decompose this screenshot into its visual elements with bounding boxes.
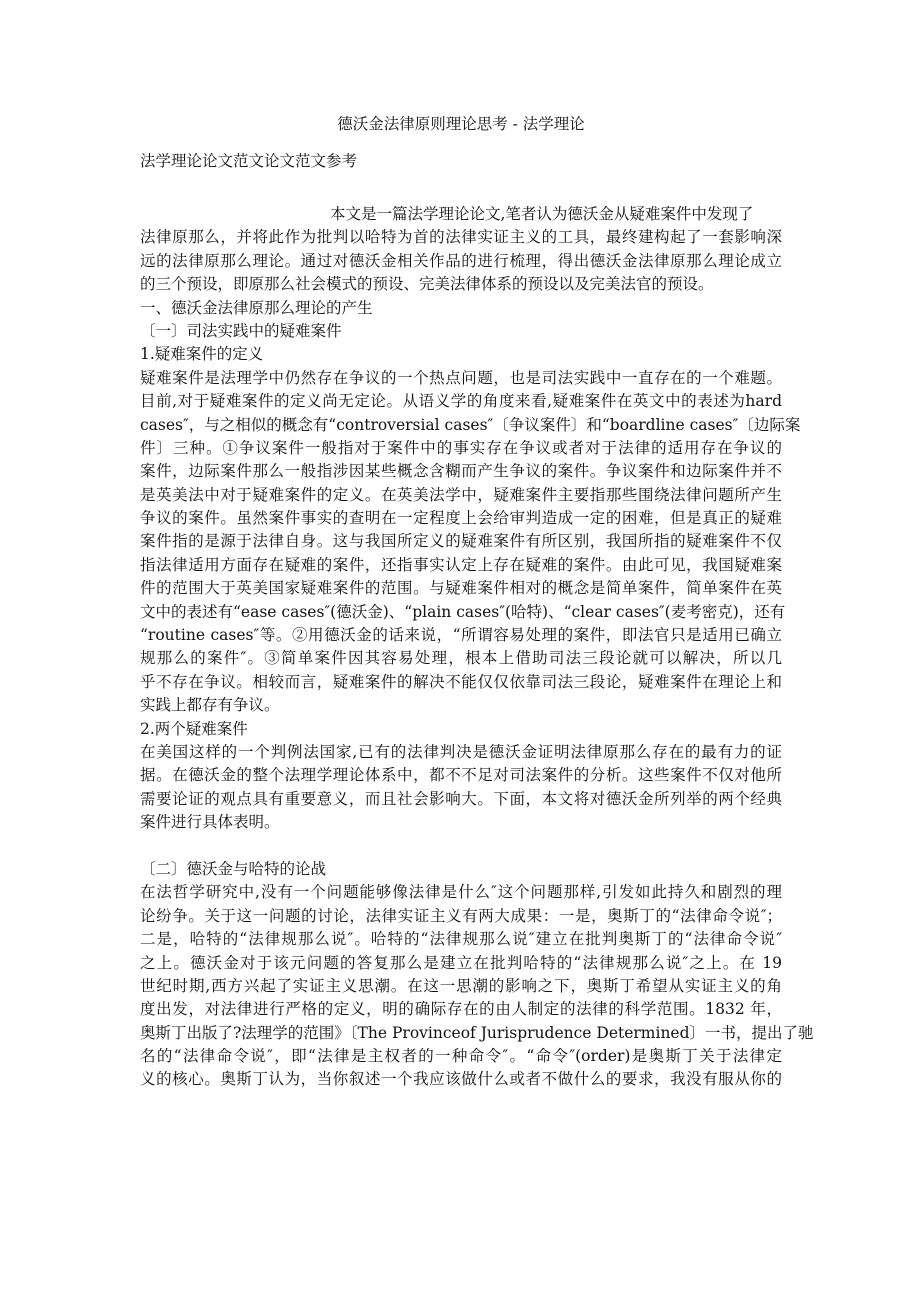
paragraph-line: 案件进行具体表明。	[140, 811, 782, 834]
paragraph-line: 奥斯丁出版了?法理学的范围》〔The Provinceof Jurisprude…	[140, 1022, 782, 1045]
document-body: 本文是一篇法学理论论文,笔者认为德沃金从疑难案件中发现了 法律原那么，并将此作为…	[140, 203, 782, 1092]
paragraph-line: 案件，边际案件那么一般指涉因某些概念含糊而产生争议的案件。争议案件和边际案件并不	[140, 460, 782, 483]
paragraph-line: 件〕三种。①争议案件一般指对于案件中的事实存在争议或者对于法律的适用存在争议的	[140, 437, 782, 460]
paragraph-line: 名的“法律命令说″，即“法律是主权者的一种命令″。“命令″(order)是奥斯丁…	[140, 1045, 782, 1068]
subsubsection-heading: 2.两个疑难案件	[140, 718, 782, 741]
paragraph-line: cases″，与之相似的概念有“controversial cases″〔争议案…	[140, 414, 782, 437]
paragraph-line: 二是，哈特的“法律规那么说″。哈特的“法律规那么说″建立在批判奥斯丁的“法律命令…	[140, 928, 782, 951]
paragraph-line: 在美国这样的一个判例法国家,已有的法律判决是德沃金证明法律原那么存在的最有力的证	[140, 741, 782, 764]
paragraph-line: 指法律适用方面存在疑难的案件，还指事实认定上存在疑难的案件。由此可见，我国疑难案	[140, 554, 782, 577]
paragraph-line: 争议的案件。虽然案件事实的查明在一定程度上会给审判造成一定的困难，但是真正的疑难	[140, 507, 782, 530]
section-heading: 一、德沃金法律原那么理论的产生	[140, 297, 782, 320]
abstract-line: 的三个预设，即原那么社会模式的预设、完美法律体系的预设以及完美法官的预设。	[140, 273, 782, 296]
paragraph-line: 度出发，对法律进行严格的定义，明的确际存在的由人制定的法律的科学范围。1832 …	[140, 998, 782, 1021]
document-subtitle: 法学理论论文范文论文范文参考	[140, 151, 357, 171]
paragraph-line: 乎不存在争议。相较而言，疑难案件的解决不能仅仅依靠司法三段论，疑难案件在理论上和	[140, 671, 782, 694]
paragraph-line: 世纪时期,西方兴起了实证主义思潮。在这一思潮的影响之下，奥斯丁希望从实证主义的角	[140, 975, 782, 998]
paragraph-line: 需要论证的观点具有重要意义，而且社会影响大。下面，本文将对德沃金所列举的两个经典	[140, 788, 782, 811]
paragraph-line: 疑难案件是法理学中仍然存在争议的一个热点问题，也是司法实践中一直存在的一个难题。	[140, 367, 782, 390]
paragraph-line: 之上。德沃金对于该元问题的答复那么是建立在批判哈特的“法律规那么说″之上。在 1…	[140, 952, 782, 975]
subsection-heading: 〔二〕德沃金与哈特的论战	[140, 858, 782, 881]
paragraph-line: 实践上都存有争议。	[140, 694, 782, 717]
paragraph-line: 文中的表述有“ease cases″(德沃金)、“plain cases″(哈特…	[140, 601, 782, 624]
paragraph-line: 在法哲学研究中,没有一个问题能够像法律是什么″这个问题那样,引发如此持久和剧烈的…	[140, 881, 782, 904]
paragraph-line: 件的范围大于英美国家疑难案件的范围。与疑难案件相对的概念是简单案件，简单案件在英	[140, 577, 782, 600]
paragraph-line: 据。在德沃金的整个法理学理论体系中，都不不足对司法案件的分析。这些案件不仅对他所	[140, 764, 782, 787]
paragraph-line: 案件指的是源于法律自身。这与我国所定义的疑难案件有所区别，我国所指的疑难案件不仅	[140, 530, 782, 553]
paragraph-line: 目前,对于疑难案件的定义尚无定论。从语义学的角度来看,疑难案件在英文中的表述为h…	[140, 390, 782, 413]
document-title: 德沃金法律原则理论思考 - 法学理论	[140, 114, 782, 134]
blank-line	[140, 835, 782, 858]
paragraph-line: 规那么的案件″。③简单案件因其容易处理，根本上借助司法三段论就可以解决，所以几	[140, 647, 782, 670]
paragraph-line: 论纷争。关于这一问题的讨论，法律实证主义有两大成果：一是，奥斯丁的“法律命令说″…	[140, 905, 782, 928]
subsection-heading: 〔一〕司法实践中的疑难案件	[140, 320, 782, 343]
paragraph-line: 是英美法中对于疑难案件的定义。在英美法学中，疑难案件主要指那些围绕法律问题所产生	[140, 484, 782, 507]
paragraph-line: “routine cases″等。②用德沃金的话来说，“所谓容易处理的案件，即法…	[140, 624, 782, 647]
paragraph-line: 义的核心。奥斯丁认为，当你叙述一个我应该做什么或者不做什么的要求，我没有服从你的	[140, 1068, 782, 1091]
abstract-line: 法律原那么，并将此作为批判以哈特为首的法律实证主义的工具，最终建构起了一套影响深	[140, 226, 782, 249]
subsubsection-heading: 1.疑难案件的定义	[140, 343, 782, 366]
abstract-line: 本文是一篇法学理论论文,笔者认为德沃金从疑难案件中发现了	[140, 203, 782, 226]
abstract-line: 远的法律原那么理论。通过对德沃金相关作品的进行梳理，得出德沃金法律原那么理论成立	[140, 250, 782, 273]
